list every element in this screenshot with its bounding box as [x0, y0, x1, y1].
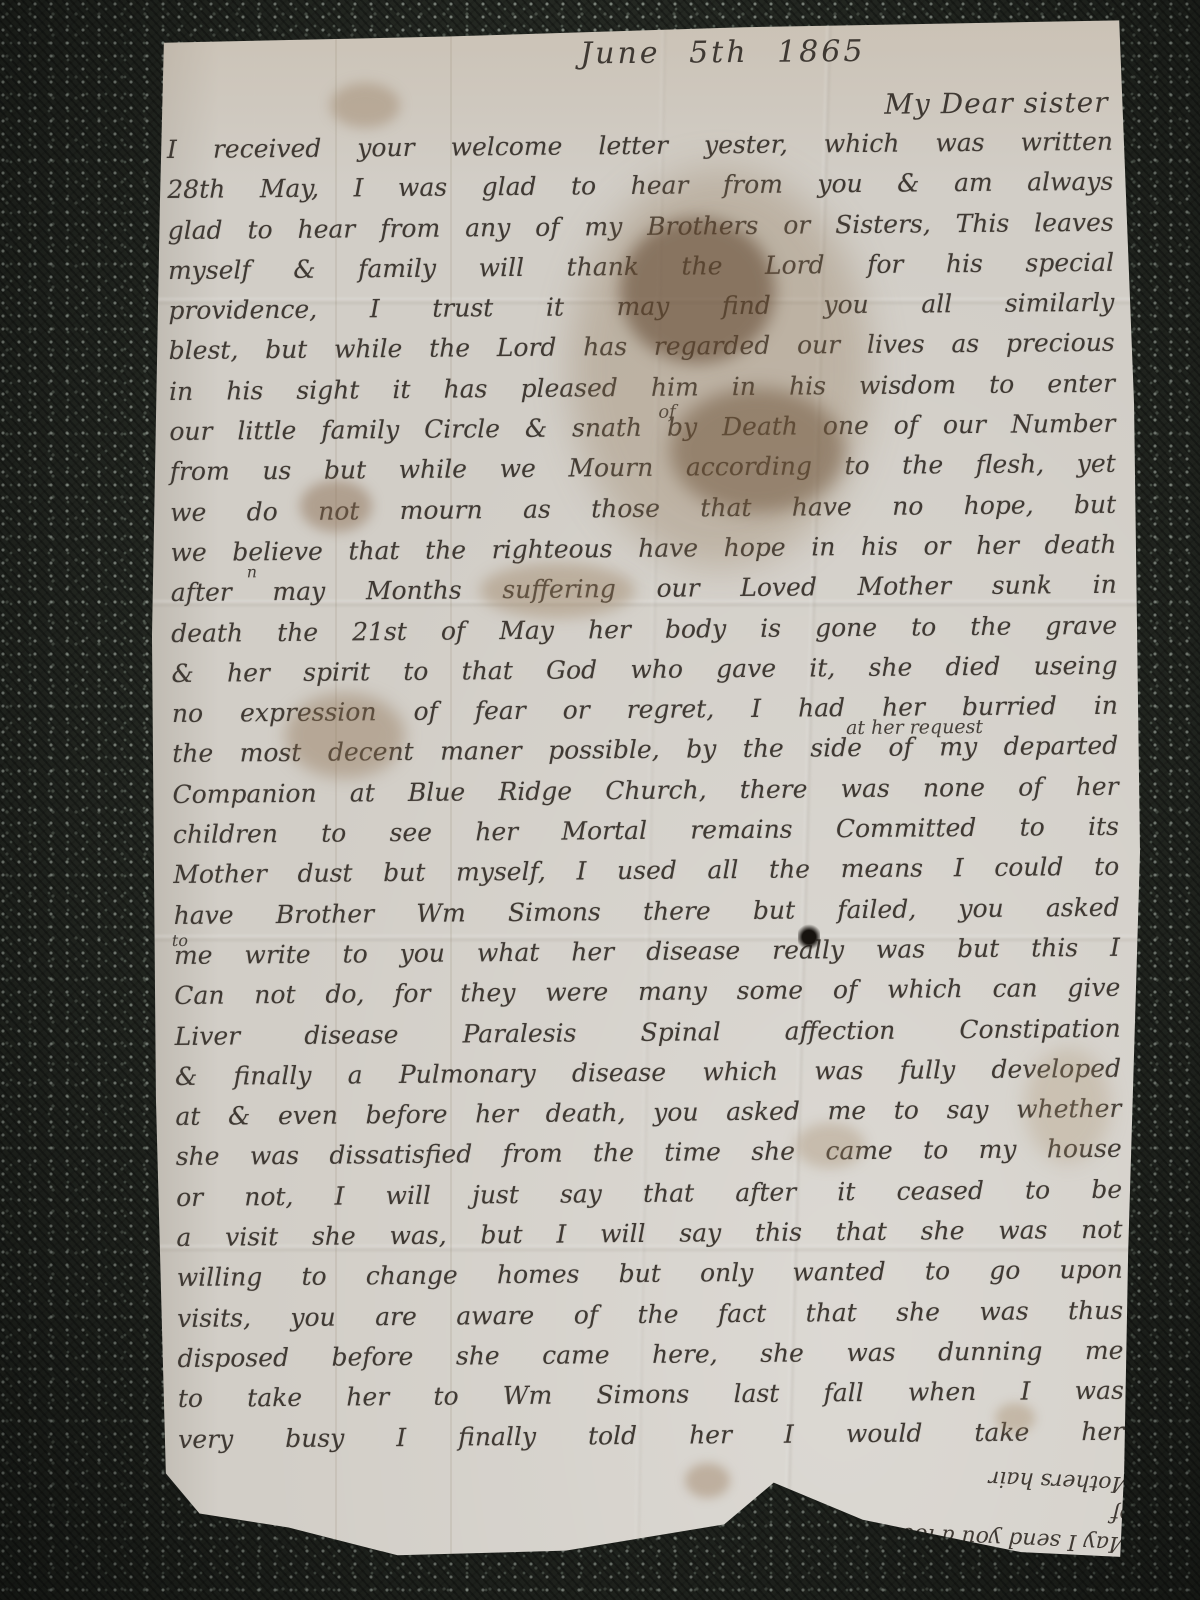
letter-salutation: My Dear sister: [884, 86, 1109, 121]
letter-content: June 5th 1865 My Dear sister I received …: [150, 10, 1153, 1564]
insert-annotation: n: [247, 562, 257, 581]
insert-annotation: of: [658, 402, 676, 423]
burial-request-annotation: at her request: [846, 716, 983, 739]
letter-line: very busy I finally told her I would tak…: [178, 1411, 1124, 1460]
ink-blot: [798, 923, 820, 951]
letter-paper: June 5th 1865 My Dear sister I received …: [150, 18, 1140, 1563]
photo: June 5th 1865 My Dear sister I received …: [0, 0, 1200, 1600]
letter-date: June 5th 1865: [580, 34, 866, 71]
letter-body: I received your welcome letter yester, w…: [167, 122, 1125, 1460]
insert-annotation: to: [172, 931, 188, 950]
